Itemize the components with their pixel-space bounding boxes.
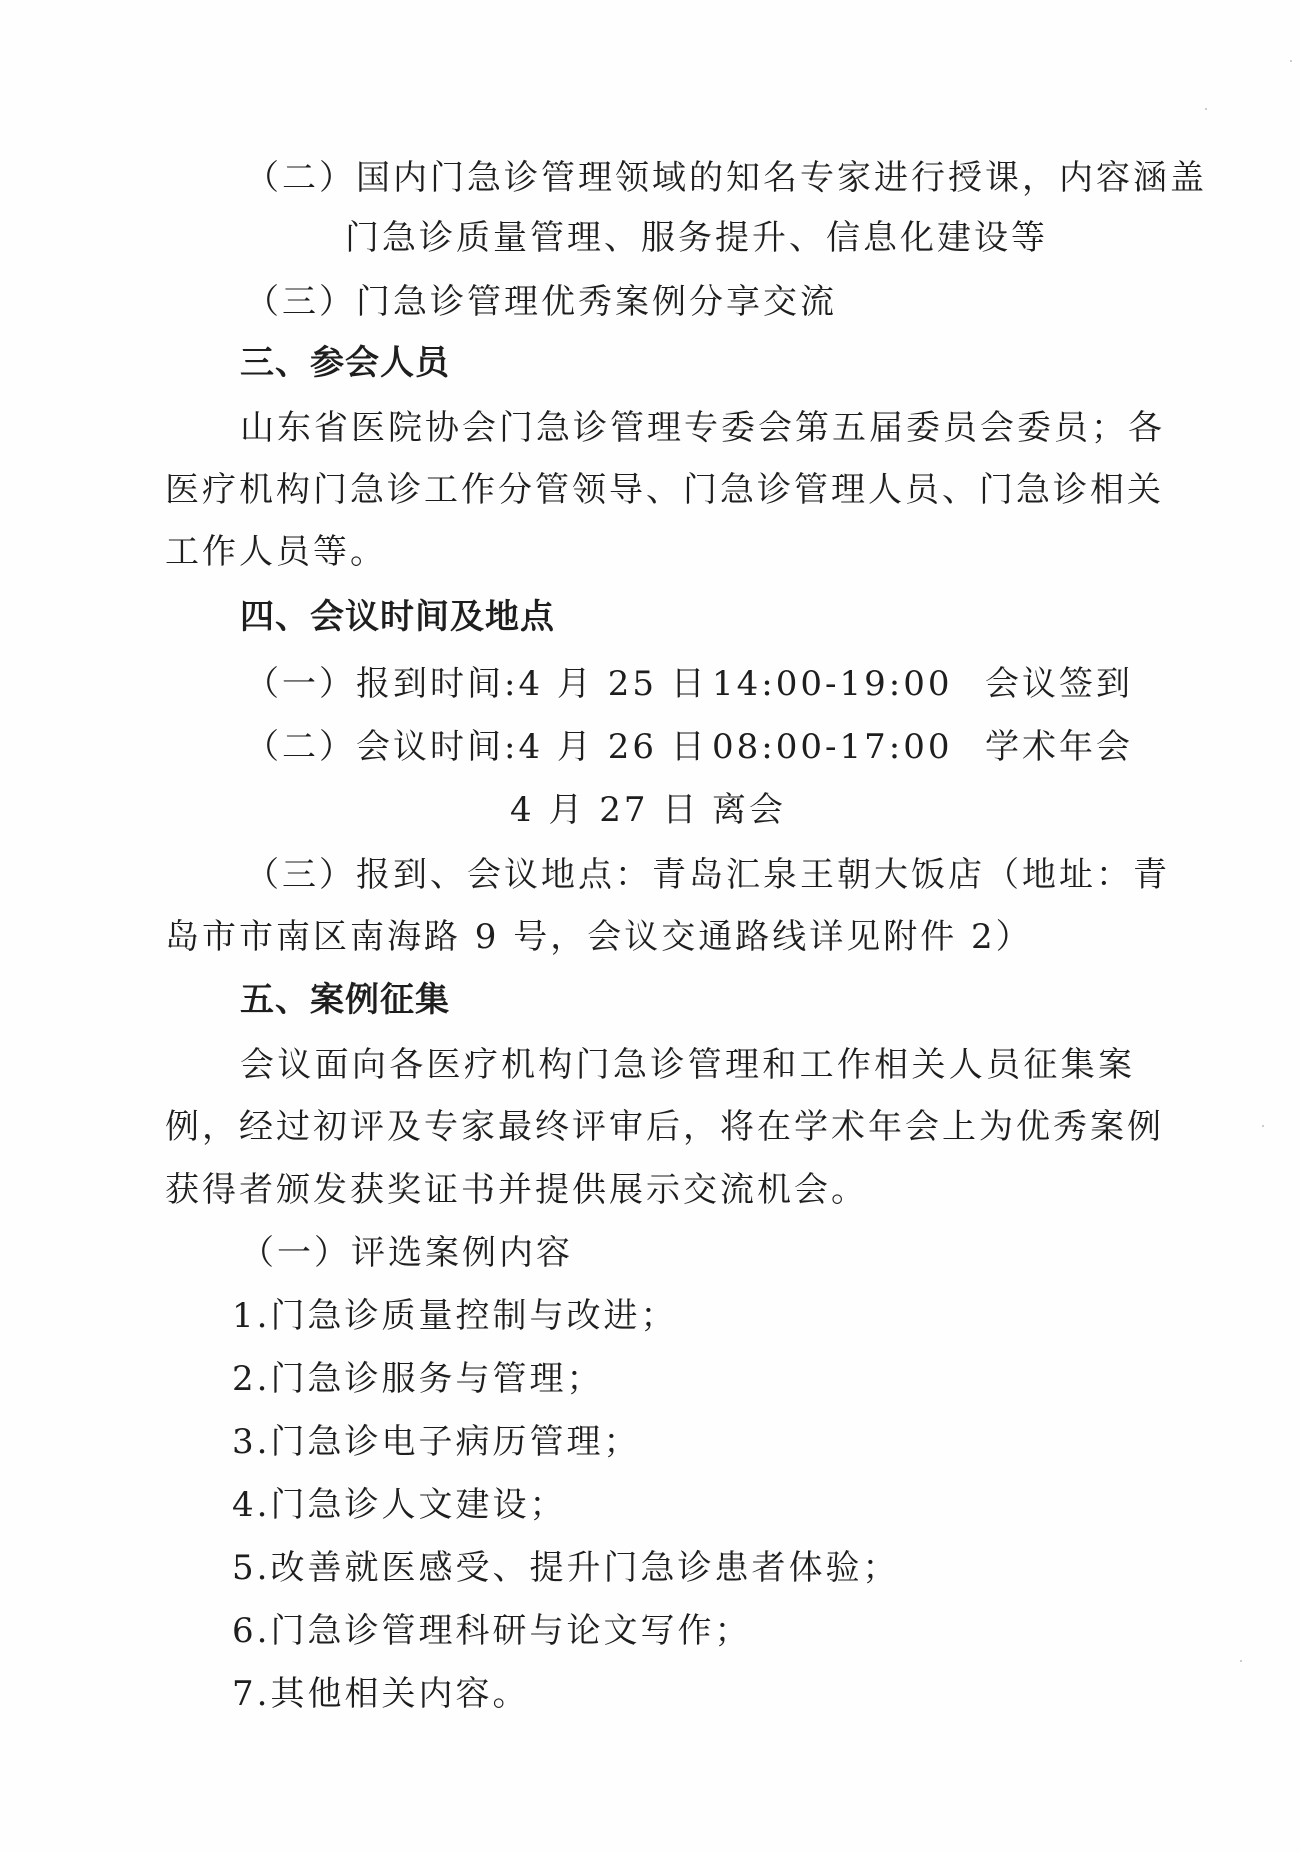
scan-speck [1205, 108, 1207, 110]
section2-item-2: （二）国内门急诊管理领域的知名专家进行授课，内容涵盖 [245, 158, 1135, 198]
section4-heading: 四、会议时间及地点 [240, 597, 555, 637]
scan-speck [1240, 1660, 1242, 1662]
section5-subheading: （一）评选案例内容 [240, 1233, 573, 1273]
document-page: （二）国内门急诊管理领域的知名专家进行授课，内容涵盖 门急诊质量管理、服务提升、… [0, 0, 1300, 1853]
schedule-row-1: （一）报到时间:4 月 25 日 [245, 664, 708, 704]
schedule-row-2-time: 08:00-17:00 [712, 727, 952, 767]
section5-paragraph-line-2: 例，经过初评及专家最终评审后，将在学术年会上为优秀案例 [165, 1107, 1135, 1147]
scan-speck [1290, 60, 1292, 62]
case-item-1: 1.门急诊质量控制与改进； [232, 1296, 677, 1336]
section5-paragraph-line-1: 会议面向各医疗机构门急诊管理和工作相关人员征集案 [240, 1045, 1135, 1085]
schedule-row-1-event: 会议签到 [985, 664, 1133, 704]
section3-paragraph-line-1: 山东省医院协会门急诊管理专委会第五届委员会委员；各 [240, 408, 1135, 448]
venue-line-2: 岛市市南区南海路 9 号，会议交通路线详见附件 2） [165, 917, 1033, 957]
section2-item-2-continuation: 门急诊质量管理、服务提升、信息化建设等 [345, 218, 1048, 258]
case-item-2: 2.门急诊服务与管理； [232, 1359, 603, 1399]
scan-speck [1262, 1125, 1264, 1127]
case-item-5: 5.改善就医感受、提升门急诊患者体验； [232, 1548, 899, 1588]
case-item-3: 3.门急诊电子病历管理； [232, 1422, 640, 1462]
section3-heading: 三、参会人员 [240, 343, 450, 383]
section2-item-3: （三）门急诊管理优秀案例分享交流 [245, 282, 837, 322]
schedule-row-3-event: 离会 [712, 790, 786, 830]
section5-heading: 五、案例征集 [240, 980, 450, 1020]
schedule-row-2-label: （二）会议时间:4 月 26 日 [245, 727, 708, 767]
schedule-row-2-event: 学术年会 [985, 727, 1133, 767]
schedule-row-1-label: （一）报到时间:4 月 25 日 [245, 664, 708, 704]
case-item-7: 7.其他相关内容。 [232, 1674, 529, 1714]
section5-paragraph-line-3: 获得者颁发获奖证书并提供展示交流机会。 [165, 1170, 868, 1210]
schedule-row-1-time: 14:00-19:00 [712, 664, 952, 704]
venue-line-1: （三）报到、会议地点：青岛汇泉王朝大饭店（地址：青 [245, 855, 1135, 895]
section3-paragraph-line-3: 工作人员等。 [165, 532, 387, 572]
case-item-4: 4.门急诊人文建设； [232, 1485, 566, 1525]
schedule-row-3-label: 4 月 27 日 [510, 790, 699, 830]
case-item-6: 6.门急诊管理科研与论文写作； [232, 1611, 751, 1651]
section3-paragraph-line-2: 医疗机构门急诊工作分管领导、门急诊管理人员、门急诊相关 [165, 470, 1135, 510]
